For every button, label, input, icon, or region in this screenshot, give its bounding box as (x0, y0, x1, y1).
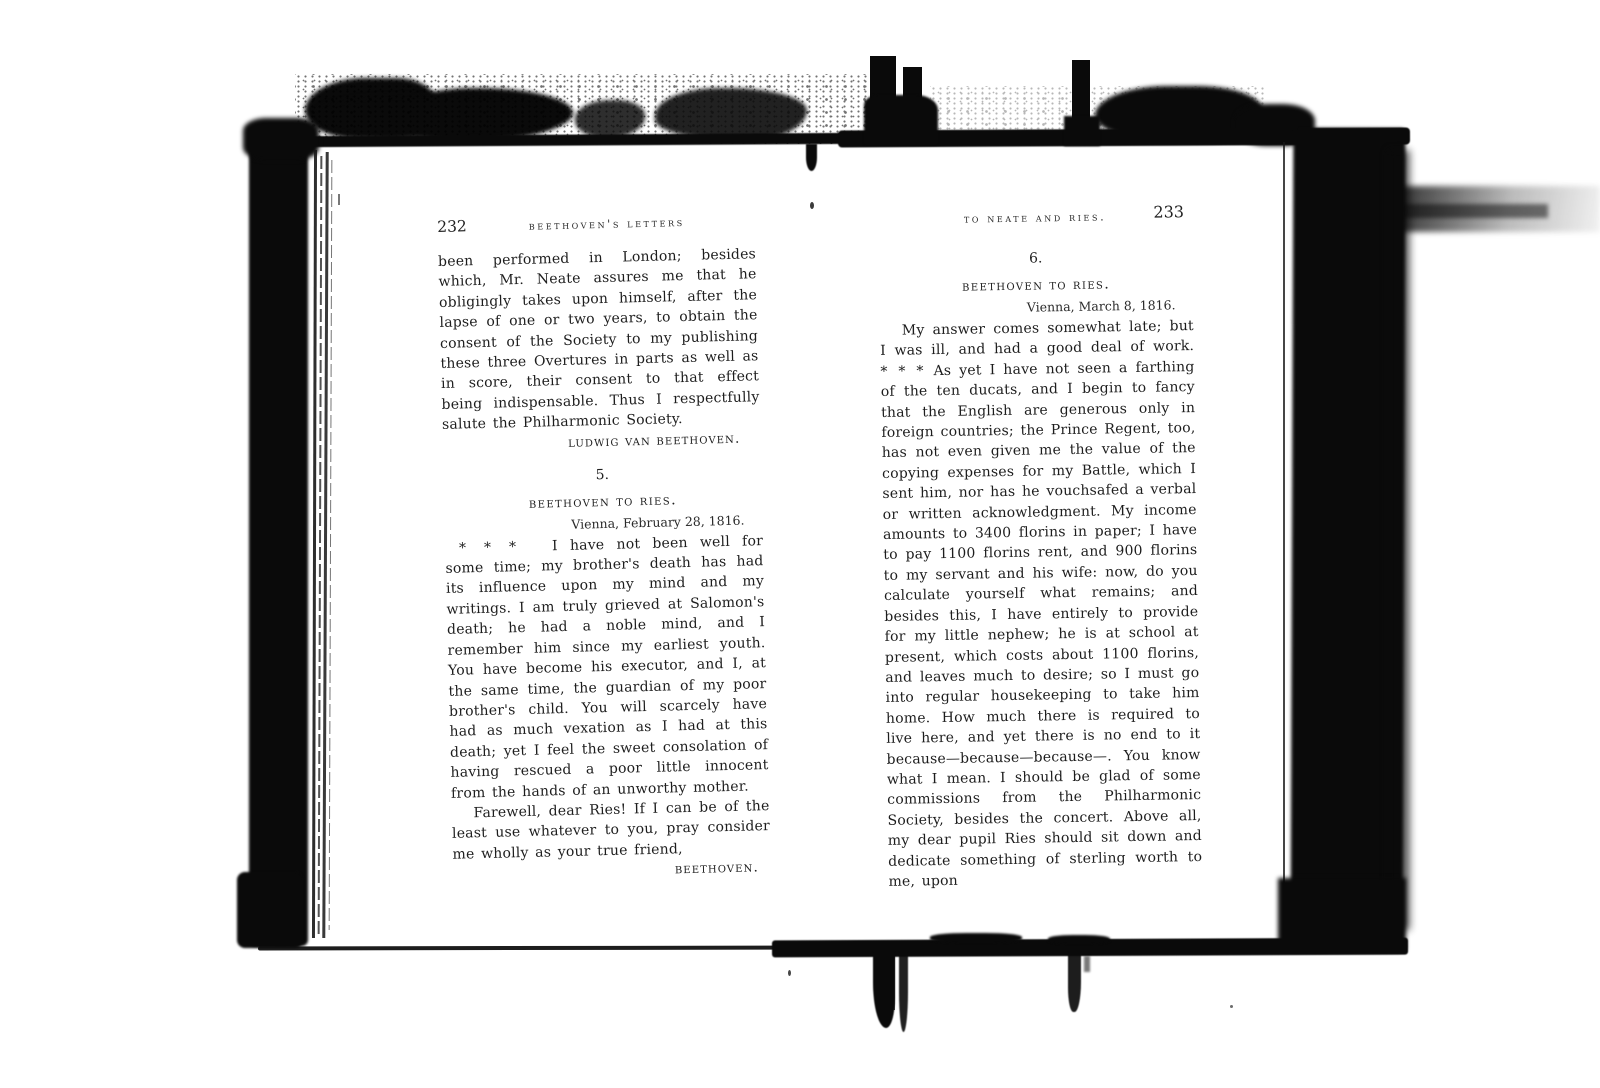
page-edge-line-1 (312, 150, 317, 938)
letter-4-continuation: been performed in London; besides which,… (438, 244, 760, 435)
letter-6-heading: Beethoven to Ries. (879, 275, 1193, 296)
ink-drip-top-center (806, 144, 817, 171)
ink-speck-4 (338, 194, 340, 205)
page-edge-line-right (1283, 142, 1285, 934)
ink-drip-bottom1b (899, 952, 908, 1032)
letter-5-body-1: * * *I have not been well for some time;… (445, 531, 769, 804)
ink-tab-top2-base (1064, 116, 1100, 146)
book-spine-left (249, 128, 308, 946)
letter-6-stars: * * * (880, 363, 925, 380)
letter-6-body-rest: As yet I have not seen a farthing of the… (881, 359, 1203, 890)
right-page-number: 233 (1153, 202, 1184, 221)
right-running-title: TO NEATE AND RIES. (964, 209, 1107, 225)
page-edge-line-4 (329, 160, 333, 930)
left-page-number: 232 (437, 217, 467, 236)
ink-smear-top-far-right2 (1398, 204, 1548, 218)
letter-5-body-2: Farewell, dear Ries! If I can be of the … (451, 796, 770, 865)
ink-speck-1 (810, 202, 814, 209)
ink-tab-top1-base (864, 95, 938, 145)
letter-6-body-intro: My answer comes somewhat late; but I was… (880, 318, 1194, 359)
right-page: TO NEATE AND RIES. 233 6. Beethoven to R… (878, 208, 1203, 892)
letter-6-number: 6. (879, 248, 1193, 269)
ink-drip-bottom2b (1084, 956, 1090, 972)
ink-speck-3 (1230, 1005, 1233, 1008)
ink-patch-top-mid2 (655, 88, 807, 140)
letter-5-body-1-text: I have not been well for some time; my b… (445, 533, 768, 802)
letter-5-number: 5. (443, 463, 761, 487)
ink-speck-2 (788, 970, 791, 976)
page-bottom-edge-bump (930, 933, 1022, 943)
ink-drip-bottom1c (889, 952, 895, 1010)
book-scan: 232 BEETHOVEN'S LETTERS been performed i… (0, 0, 1600, 1088)
letter-6-body: My answer comes somewhat late; but I was… (880, 316, 1203, 892)
book-corner-bottom-left (237, 872, 303, 948)
page-edge-line-3 (322, 152, 328, 938)
page-edge-line-2 (318, 156, 322, 936)
book-spine-left-top (243, 118, 319, 160)
letter-5-stars: * * * (459, 539, 518, 556)
ink-drip-bottom2 (1068, 952, 1081, 1012)
left-running-title: BEETHOVEN'S LETTERS (529, 215, 685, 233)
letter-6-dateline: Vienna, March 8, 1816. (879, 297, 1193, 317)
left-page: 232 BEETHOVEN'S LETTERS been performed i… (437, 210, 771, 883)
page-bottom-edge-bump2 (1048, 935, 1110, 944)
left-running-header: 232 BEETHOVEN'S LETTERS (437, 210, 755, 236)
page-bottom-edge-thin (258, 946, 818, 951)
book-edge-right-ragged (1388, 150, 1410, 930)
letter-5-heading: Beethoven to Ries. (444, 490, 762, 514)
right-running-header: TO NEATE AND RIES. 233 (878, 208, 1192, 227)
